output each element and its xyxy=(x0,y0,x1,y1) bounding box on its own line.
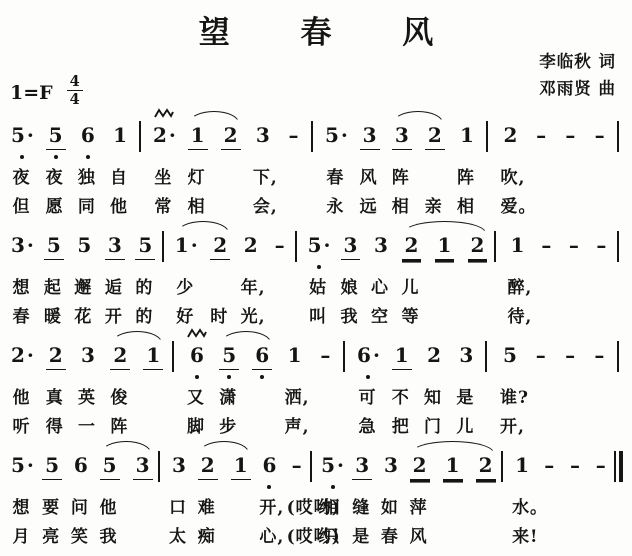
barline xyxy=(617,233,623,325)
lyric-syllable-verse1: 下, xyxy=(253,163,278,188)
dash-glyph: – xyxy=(533,343,549,369)
octave-dot xyxy=(366,375,370,379)
lyric-syllable-verse2: 春 xyxy=(381,522,399,547)
note-number: 2· xyxy=(150,123,179,149)
note: 1洒,声, xyxy=(281,343,308,435)
barline xyxy=(162,233,168,325)
note: 2难痴 xyxy=(194,453,221,545)
lyric-syllable-verse2: 心, xyxy=(259,522,284,547)
lyric-syllable-verse2: 只 xyxy=(323,522,341,547)
octave-dot xyxy=(195,375,199,379)
lyric-syllable-verse2: 相 xyxy=(188,192,206,217)
note-number: 1 xyxy=(512,453,532,479)
lyric-syllable-verse2: 相 xyxy=(457,192,475,217)
lyric-syllable-verse1: 夜 xyxy=(46,163,64,188)
note-number: 5· xyxy=(322,123,351,149)
note: 1自他 xyxy=(107,123,134,215)
note-number: 5· xyxy=(8,123,37,149)
note-number: 3 xyxy=(360,123,380,150)
lyric-syllable-verse2: 他 xyxy=(110,192,128,217)
octave-dot xyxy=(227,375,231,379)
lyric-syllable-verse1: 姑 xyxy=(309,273,327,298)
note-number: 3 xyxy=(133,453,153,480)
lyric-syllable-verse2: 把 xyxy=(392,412,410,437)
barline-thick-stroke xyxy=(619,451,623,482)
note-number: 1 xyxy=(392,343,412,370)
lyric-syllable-verse1: 坐 xyxy=(154,163,172,188)
note-number: 5 xyxy=(219,343,239,370)
sheet-music-page: 望 春 风 李临秋 词 邓雨贤 曲 1=F 4 4 5·夜但5夜愿6独同1自他2… xyxy=(0,0,632,556)
note-number: 6 xyxy=(78,123,98,149)
note: 3逅开 xyxy=(101,233,128,325)
note: 2 xyxy=(217,123,244,215)
note-number: 6 xyxy=(259,453,279,479)
note: 5潇步 xyxy=(216,343,243,435)
dash-glyph: – xyxy=(593,453,609,479)
octave-dot xyxy=(331,485,335,489)
note-number: 2 xyxy=(410,453,430,480)
lyric-syllable-verse1: 谁? xyxy=(500,383,529,408)
note-number: 2 xyxy=(424,343,444,369)
lyric-syllable-verse2: 笑 xyxy=(71,522,89,547)
barline xyxy=(311,123,317,215)
note: 2知门 xyxy=(421,343,448,435)
barline xyxy=(295,233,301,325)
lyric-syllable-verse2: 开 xyxy=(105,302,123,327)
dash-extension: – xyxy=(589,233,613,325)
barline-stroke xyxy=(311,121,313,152)
lyric-syllable-verse1: 口 xyxy=(169,493,187,518)
lyric-syllable-verse2: 时 xyxy=(210,302,228,327)
dash-glyph: – xyxy=(566,233,582,259)
barline-stroke xyxy=(343,341,345,372)
lyric-syllable-verse2: 听 xyxy=(12,412,30,437)
note: 3阵相 xyxy=(388,123,415,215)
lyric-syllable-verse1: 少 xyxy=(176,273,194,298)
lyric-syllable-verse2: 光, xyxy=(241,302,266,327)
key-prefix: 1=F xyxy=(10,82,53,104)
lyric-syllable-verse1: 他 xyxy=(12,383,30,408)
lyric-syllable-verse2: 太 xyxy=(169,522,187,547)
barline-stroke xyxy=(501,451,503,482)
slur-arc-group: 2儿等12 xyxy=(398,233,491,325)
lyric-syllable-verse2: 等 xyxy=(401,302,419,327)
lyric-syllable-verse2: 待, xyxy=(507,302,532,327)
lyric-syllable-verse1: 夜 xyxy=(12,163,30,188)
lyric-syllable-verse1: 俊 xyxy=(110,383,128,408)
barline xyxy=(139,123,145,215)
dash-extension: – xyxy=(529,343,553,435)
note: 3风远 xyxy=(356,123,383,215)
octave-dot xyxy=(20,155,24,159)
dash-glyph: – xyxy=(286,123,302,149)
dash-extension: – xyxy=(282,123,306,215)
note: 5他我 xyxy=(96,453,123,545)
lyric-syllable-verse1: 萍 xyxy=(410,493,428,518)
lyric-syllable-verse1: 如 xyxy=(381,493,399,518)
note-number: 5 xyxy=(500,343,520,369)
note: 3英一 xyxy=(75,343,102,435)
note-number: 3 xyxy=(169,453,189,479)
barline-stroke xyxy=(162,231,164,262)
note: 5起暖 xyxy=(40,233,67,325)
lyric-syllable-verse1: 的 xyxy=(135,273,153,298)
note: 1·少好 xyxy=(172,233,201,325)
barline xyxy=(501,453,507,545)
lyricist-credit: 李临秋 词 xyxy=(539,48,616,75)
note: 3心空 xyxy=(367,233,394,325)
note-number: 2 xyxy=(241,233,261,259)
lyric-syllable-verse1: 逅 xyxy=(105,273,123,298)
note-number: 5 xyxy=(100,453,120,480)
lyric-syllable-verse2: 亲 xyxy=(425,192,443,217)
lyric-syllable-verse1: 缝 xyxy=(352,493,370,518)
barline-stroke xyxy=(614,451,616,482)
note: 5夜愿 xyxy=(42,123,69,215)
dash-extension: – xyxy=(589,453,613,545)
lyric-syllable-verse1: 醉, xyxy=(507,273,532,298)
note: 5·想月 xyxy=(8,453,37,545)
note-number: 6 xyxy=(252,343,272,370)
barline-stroke xyxy=(295,231,297,262)
music-system: 5·夜但5夜愿6独同1自他2·坐常1灯相23下,会,–5·春永3风远3阵相2亲1… xyxy=(8,106,625,216)
dash-glyph: – xyxy=(289,453,305,479)
barline-stroke xyxy=(172,341,174,372)
lyric-syllable-verse1: 难 xyxy=(198,493,216,518)
note-number: 3 xyxy=(105,233,125,260)
dash-extension: – xyxy=(562,233,586,325)
note-number: 1 xyxy=(507,233,527,259)
augmentation-dot: · xyxy=(373,343,380,367)
note-number: 3 xyxy=(341,233,361,260)
note: 2时 xyxy=(207,233,234,325)
lyric-syllable-verse2: 急 xyxy=(358,412,376,437)
note-number: 2 xyxy=(110,343,130,370)
slur-arc-group: 3阵相2亲 xyxy=(388,123,448,215)
music-system: 2·他听2真得3英一2俊阵16又脚5潇步61洒,声,–6·可急1不把2知门3是儿… xyxy=(8,326,625,436)
barline xyxy=(485,343,491,435)
mordent-icon xyxy=(154,108,174,119)
lyric-syllable-verse2: 是 xyxy=(352,522,370,547)
note: 5谁?开, xyxy=(496,343,523,435)
dash-glyph: – xyxy=(272,233,288,259)
lyric-syllable-verse1: 自 xyxy=(110,163,128,188)
barline-stroke xyxy=(617,341,619,372)
lyric-syllable-verse2: 叫 xyxy=(309,302,327,327)
lyric-syllable-verse1: 春 xyxy=(326,163,344,188)
note: 3娘我 xyxy=(337,233,364,325)
lyric-syllable-verse2: 暖 xyxy=(44,302,62,327)
note-number: 3 xyxy=(371,233,391,259)
lyric-syllable-verse2: 我 xyxy=(341,302,359,327)
dash-extension: –(哎哟)(哎哟) xyxy=(285,453,309,545)
lyric-syllable-verse2: 空 xyxy=(371,302,389,327)
barline-stroke xyxy=(485,341,487,372)
note: 3 xyxy=(129,453,156,545)
note-number: 2 xyxy=(198,453,218,480)
note: 1不把 xyxy=(388,343,415,435)
augmentation-dot: · xyxy=(191,233,198,257)
note: 1灯相 xyxy=(184,123,211,215)
note-number: 2 xyxy=(425,123,445,150)
note: 3·想春 xyxy=(8,233,37,325)
lyric-syllable-verse2: 儿 xyxy=(456,412,474,437)
lyric-syllable-verse1: 阵 xyxy=(457,163,475,188)
lyric-syllable-verse2: 一 xyxy=(78,412,96,437)
barline-stroke xyxy=(494,231,496,262)
note-number: 2 xyxy=(476,453,496,480)
lyric-syllable-verse1: 相 xyxy=(323,493,341,518)
lyric-syllable-verse1: 要 xyxy=(42,493,60,518)
time-signature-numerator: 4 xyxy=(67,74,83,91)
note-number: 3 xyxy=(352,453,372,480)
barline xyxy=(310,453,316,545)
lyric-syllable-verse2: 阵 xyxy=(110,412,128,437)
note-number: 3 xyxy=(78,343,98,369)
lyric-syllable-verse2: 会, xyxy=(253,192,278,217)
dash-extension: – xyxy=(563,453,587,545)
note: 5·姑叫 xyxy=(305,233,334,325)
note: 5邂花 xyxy=(71,233,98,325)
note-number: 2· xyxy=(8,343,37,369)
octave-dot xyxy=(260,375,264,379)
note: 6 xyxy=(249,343,276,435)
slur-arc-group: 2难痴1 xyxy=(194,453,254,545)
lyric-syllable-verse2: 来! xyxy=(512,522,538,547)
note: 1水。来! xyxy=(509,453,536,545)
note: 1 xyxy=(140,343,167,435)
dash-glyph: – xyxy=(533,123,549,149)
dash-extension: – xyxy=(558,123,582,215)
lyric-syllable-verse2: 远 xyxy=(360,192,378,217)
dash-extension: – xyxy=(558,343,582,435)
note: 2真得 xyxy=(42,343,69,435)
note: 2年,光, xyxy=(237,233,264,325)
note-number: 1 xyxy=(285,343,305,369)
slur-arc-group: 5潇步6 xyxy=(216,343,276,435)
note-number: 5· xyxy=(318,453,347,479)
dash-extension: – xyxy=(587,343,611,435)
dash-glyph: – xyxy=(592,123,608,149)
lyric-syllable-verse2: 花 xyxy=(74,302,92,327)
lyric-syllable-verse2: 的 xyxy=(135,302,153,327)
augmentation-dot: · xyxy=(27,233,34,257)
note-number: 1 xyxy=(188,123,208,150)
octave-dot xyxy=(267,485,271,489)
lyric-syllable-verse1: 阵 xyxy=(392,163,410,188)
dash-extension: – xyxy=(534,233,558,325)
time-signature-denominator: 4 xyxy=(70,91,80,107)
dash-glyph: – xyxy=(591,343,607,369)
barline-stroke xyxy=(486,121,488,152)
note-number: 6 xyxy=(71,453,91,479)
augmentation-dot: · xyxy=(27,343,34,367)
barline xyxy=(617,343,623,435)
lyric-syllable-verse2: 但 xyxy=(12,192,30,217)
lyric-syllable-verse1: 想 xyxy=(12,273,30,298)
barline-stroke xyxy=(310,451,312,482)
note: 3口太 xyxy=(165,453,192,545)
note: 1 xyxy=(227,453,254,545)
dash-glyph: – xyxy=(562,343,578,369)
augmentation-dot: · xyxy=(337,453,344,477)
slur-arc-group: 5他我3 xyxy=(96,453,156,545)
note-number: 2 xyxy=(468,233,488,260)
final-barline xyxy=(614,453,622,545)
lyric-syllable-verse1: 娘 xyxy=(341,273,359,298)
note-number: 3· xyxy=(8,233,37,259)
augmentation-dot: · xyxy=(341,123,348,147)
lyric-syllable-verse2: 春 xyxy=(12,302,30,327)
credits: 李临秋 词 邓雨贤 曲 xyxy=(539,48,616,102)
note-number: 5 xyxy=(44,233,64,260)
lyric-syllable-verse1: 可 xyxy=(358,383,376,408)
note: 2儿等 xyxy=(398,233,425,325)
slur-arc-group: 2俊阵1 xyxy=(107,343,167,435)
note-number: 5 xyxy=(42,453,62,480)
note: 2·坐常 xyxy=(150,123,179,215)
lyric-syllable-verse1: 知 xyxy=(424,383,442,408)
lyric-syllable-verse1: 风 xyxy=(360,163,378,188)
key-signature: 1=F 4 4 xyxy=(10,76,83,109)
note-number: 3 xyxy=(253,123,273,149)
barline xyxy=(343,343,349,435)
augmentation-dot: · xyxy=(324,233,331,257)
lyric-syllable-verse1: 想 xyxy=(12,493,30,518)
note: 2 xyxy=(472,453,499,545)
note-number: 2 xyxy=(46,343,66,370)
lyric-syllable-verse2: 痴 xyxy=(198,522,216,547)
lyric-syllable-verse1: 真 xyxy=(46,383,64,408)
note-number: 1 xyxy=(457,123,477,149)
note-number: 1 xyxy=(231,453,251,480)
note-number: 2 xyxy=(221,123,241,150)
note: 5·春永 xyxy=(322,123,351,215)
music-system: 3·想春5起暖5邂花3逅开5的的1·少好2时2年,光,–5·姑叫3娘我3心空2儿… xyxy=(8,216,625,326)
lyric-syllable-verse2: 门 xyxy=(424,412,442,437)
lyric-syllable-verse2: 常 xyxy=(154,192,172,217)
note-number: 3 xyxy=(392,123,412,150)
dash-extension: – xyxy=(588,123,612,215)
octave-dot xyxy=(54,155,58,159)
dash-extension: – xyxy=(537,453,561,545)
note-number: 1 xyxy=(143,343,163,370)
lyric-syllable-verse1: 又 xyxy=(187,383,205,408)
lyric-syllable-verse1: 起 xyxy=(44,273,62,298)
octave-dot xyxy=(317,265,321,269)
lyric-syllable-verse2: 步 xyxy=(219,412,237,437)
note: 1 xyxy=(431,233,458,325)
note: 5·夜但 xyxy=(8,123,37,215)
augmentation-dot: · xyxy=(169,123,176,147)
note: 3是儿 xyxy=(453,343,480,435)
lyric-syllable-verse1: 洒, xyxy=(285,383,310,408)
dash-extension: – xyxy=(529,123,553,215)
lyric-syllable-verse2: 月 xyxy=(12,522,30,547)
composer-credit: 邓雨贤 曲 xyxy=(539,75,616,102)
note: 2俊阵 xyxy=(107,343,134,435)
lyric-syllable-verse2: 同 xyxy=(78,192,96,217)
note-number: 5 xyxy=(135,233,155,260)
barline-stroke xyxy=(158,451,160,482)
lyric-syllable-verse1: 不 xyxy=(392,383,410,408)
lyric-syllable-verse2: 开, xyxy=(500,412,525,437)
lyric-syllable-verse1: 开, xyxy=(259,493,284,518)
song-title: 望 春 风 xyxy=(0,0,632,52)
note: 2 xyxy=(464,233,491,325)
note: 3下,会, xyxy=(249,123,276,215)
lyric-syllable-verse1: 儿 xyxy=(401,273,419,298)
lyric-syllable-verse2: 相 xyxy=(392,192,410,217)
dash-glyph: – xyxy=(567,453,583,479)
dash-extension: – xyxy=(268,233,292,325)
note: 5要亮 xyxy=(39,453,66,545)
lyric-syllable-verse1: 年, xyxy=(241,273,266,298)
note-number: 1 xyxy=(443,453,463,480)
time-signature: 4 4 xyxy=(67,74,83,107)
dash-glyph: – xyxy=(593,233,609,259)
lyric-syllable-verse1: 是 xyxy=(456,383,474,408)
note-number: 6 xyxy=(187,343,207,369)
music-systems: 5·夜但5夜愿6独同1自他2·坐常1灯相23下,会,–5·春永3风远3阵相2亲1… xyxy=(8,106,625,546)
barline xyxy=(158,453,164,545)
lyric-syllable-verse2: 风 xyxy=(410,522,428,547)
note-number: 1 xyxy=(435,233,455,260)
lyric-syllable-verse2: 我 xyxy=(100,522,118,547)
note-number: 5 xyxy=(46,123,66,150)
note: 6·可急 xyxy=(354,343,383,435)
lyric-syllable-verse1: 问 xyxy=(71,493,89,518)
barline-stroke xyxy=(617,121,619,152)
lyric-syllable-verse1: 潇 xyxy=(219,383,237,408)
lyric-syllable-verse1: 心 xyxy=(371,273,389,298)
lyric-syllable-verse1: 英 xyxy=(78,383,96,408)
lyric-syllable-verse1: 邂 xyxy=(74,273,92,298)
slur-arc-group: 1·少好2时 xyxy=(172,233,234,325)
note-number: 5· xyxy=(305,233,334,259)
note-number: 3 xyxy=(381,453,401,479)
note: 6又脚 xyxy=(183,343,210,435)
note: 3如春 xyxy=(377,453,404,545)
note: 6问笑 xyxy=(67,453,94,545)
note: 1醉,待, xyxy=(504,233,531,325)
lyric-syllable-verse1: 灯 xyxy=(188,163,206,188)
dash-glyph: – xyxy=(317,343,333,369)
lyric-syllable-verse1: 他 xyxy=(100,493,118,518)
note: 2吹,爱。 xyxy=(497,123,524,215)
note-number: 1 xyxy=(110,123,130,149)
note: 5的的 xyxy=(132,233,159,325)
note-number: 3 xyxy=(456,343,476,369)
note: 2·他听 xyxy=(8,343,37,435)
note: 5·相只 xyxy=(318,453,347,545)
note: 2萍风 xyxy=(406,453,433,545)
slur-arc-group: 1灯相2 xyxy=(184,123,244,215)
note: 6开,心, xyxy=(256,453,283,545)
note: 6独同 xyxy=(74,123,101,215)
lyric-syllable-verse1: 独 xyxy=(78,163,96,188)
note: 3缝是 xyxy=(349,453,376,545)
lyric-syllable-verse2: 好 xyxy=(176,302,194,327)
lyric-syllable-verse2: 得 xyxy=(46,412,64,437)
note-number: 2 xyxy=(402,233,422,260)
barline xyxy=(617,123,623,215)
barline xyxy=(486,123,492,215)
slur-arc-group: 2萍风12 xyxy=(406,453,499,545)
note-number: 6· xyxy=(354,343,383,369)
dash-extension: – xyxy=(313,343,337,435)
dash-glyph: – xyxy=(538,233,554,259)
